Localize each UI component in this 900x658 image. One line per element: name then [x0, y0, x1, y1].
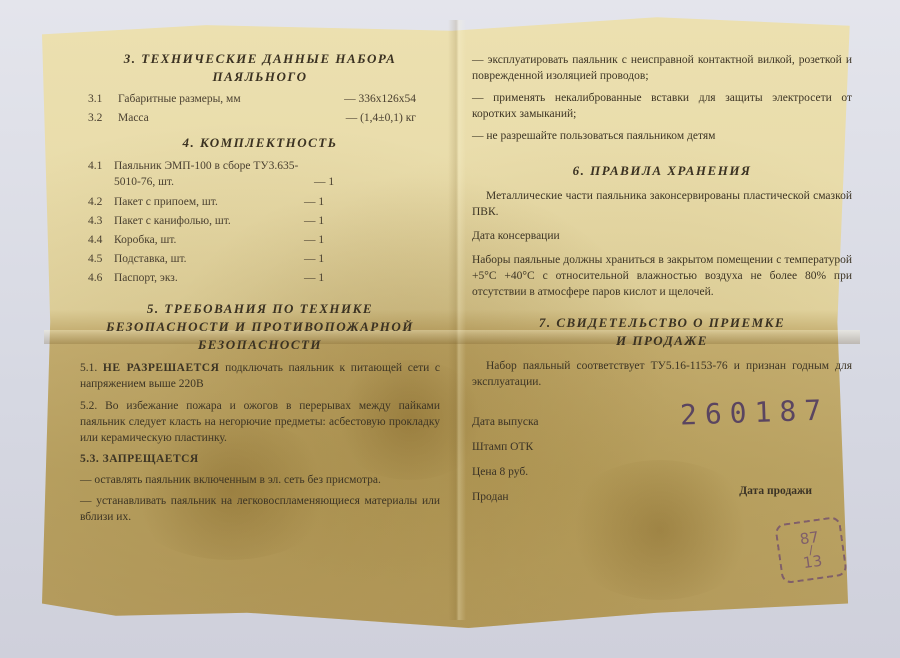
section-4-heading: 4. КОМПЛЕКТНОСТЬ: [80, 134, 440, 152]
kit-item: 4.6 Паспорт, экз. — 1: [80, 269, 440, 288]
spec-label: Габаритные размеры, мм: [118, 90, 344, 109]
kit-num: 4.5: [80, 250, 114, 269]
sale-date-stamp: 87 / 13: [774, 516, 848, 585]
conservation-date-label: Дата консервации: [472, 228, 852, 244]
kit-num: 4.6: [80, 269, 114, 288]
kit-label: Коробка, шт.: [114, 231, 304, 250]
section-storage: 6. ПРАВИЛА ХРАНЕНИЯ Металлические части …: [472, 162, 852, 300]
kit-qty: — 1: [304, 250, 344, 269]
spec-value: — (1,4±0,1) кг: [346, 109, 440, 128]
clause-num: 5.1.: [80, 362, 97, 374]
kit-num: 4.3: [80, 212, 114, 231]
storage-paragraph: Металлические части паяльника законсерви…: [472, 188, 852, 220]
kit-item: 4.3 Пакет с канифолью, шт. — 1: [80, 212, 440, 231]
vertical-fold: [448, 20, 466, 620]
section-5-heading: 5. ТРЕБОВАНИЯ ПО ТЕХНИКЕ: [80, 300, 440, 318]
kit-label: Паспорт, экз.: [114, 269, 304, 288]
kit-qty: — 1: [314, 174, 354, 190]
section-5-heading-cont: БЕЗОПАСНОСТИ И ПРОТИВОПОЖАРНОЙ: [80, 318, 440, 336]
left-column: 3. ТЕХНИЧЕСКИЕ ДАННЫЕ НАБОРА ПАЯЛЬНОГО 3…: [80, 50, 440, 525]
kit-qty: — 1: [304, 269, 344, 288]
otk-stamp-field: Штамп ОТК: [472, 435, 852, 460]
kit-qty: — 1: [304, 212, 344, 231]
kit-label: Паяльник ЭМП-100 в сборе ТУ3.635-5010-76…: [114, 158, 314, 190]
spec-row-mass: 3.2 Масса — (1,4±0,1) кг: [80, 109, 440, 128]
section-kit-contents: 4. КОМПЛЕКТНОСТЬ 4.1 Паяльник ЭМП-100 в …: [80, 134, 440, 288]
kit-label: Пакет с припоем, шт.: [114, 193, 304, 212]
sold-label: Продан: [472, 485, 509, 510]
kit-item: 4.1 Паяльник ЭМП-100 в сборе ТУ3.635-501…: [80, 158, 440, 190]
safety-clause-5-2: 5.2. Во избежание пожара и ожогов в пере…: [80, 398, 440, 446]
prohibition-item: — не разрешайте пользоваться паяльником …: [472, 128, 852, 144]
section-3-heading: 3. ТЕХНИЧЕСКИЕ ДАННЫЕ НАБОРА: [80, 50, 440, 68]
kit-item: 4.2 Пакет с припоем, шт. — 1: [80, 193, 440, 212]
prohibition-item: — эксплуатировать паяльник с неисправной…: [472, 52, 852, 84]
kit-num: 4.2: [80, 193, 114, 212]
prohibition-item: — устанавливать паяльник на легковосплам…: [80, 493, 440, 525]
kit-label: Пакет с канифолью, шт.: [114, 212, 304, 231]
kit-label: Подставка, шт.: [114, 250, 304, 269]
storage-conditions: Наборы паяльные должны храниться в закры…: [472, 252, 852, 300]
safety-clause-5-3-heading: 5.3. ЗАПРЕЩАЕТСЯ: [80, 451, 440, 467]
prohibition-item: — применять некалиброванные вставки для …: [472, 90, 852, 122]
section-technical-data: 3. ТЕХНИЧЕСКИЕ ДАННЫЕ НАБОРА ПАЯЛЬНОГО 3…: [80, 50, 440, 128]
section-7-heading-cont: И ПРОДАЖЕ: [472, 332, 852, 350]
section-6-heading: 6. ПРАВИЛА ХРАНЕНИЯ: [472, 162, 852, 180]
serial-number-stamp: 260187: [679, 393, 829, 431]
section-7-heading: 7. СВИДЕТЕЛЬСТВО О ПРИЕМКЕ: [472, 314, 852, 332]
kit-item: 4.5 Подставка, шт. — 1: [80, 250, 440, 269]
sold-field: Продан Дата продажи: [472, 485, 852, 510]
safety-clause-5-1: 5.1. НЕ РАЗРЕШАЕТСЯ подключать паяльник …: [80, 360, 440, 392]
kit-num: 4.4: [80, 231, 114, 250]
section-5-heading-cont: БЕЗОПАСНОСТИ: [80, 336, 440, 354]
spec-num: 3.2: [80, 109, 118, 128]
prohibition-item: — оставлять паяльник включенным в эл. се…: [80, 472, 440, 488]
clause-emphasis: НЕ РАЗРЕШАЕТСЯ: [103, 362, 220, 374]
kit-item: 4.4 Коробка, шт. — 1: [80, 231, 440, 250]
section-safety: 5. ТРЕБОВАНИЯ ПО ТЕХНИКЕ БЕЗОПАСНОСТИ И …: [80, 300, 440, 525]
spec-num: 3.1: [80, 90, 118, 109]
sale-date-label: Дата продажи: [739, 479, 812, 510]
section-safety-continued: — эксплуатировать паяльник с неисправной…: [472, 52, 852, 144]
section-3-heading-cont: ПАЯЛЬНОГО: [80, 68, 440, 86]
kit-qty: — 1: [304, 231, 344, 250]
spec-row-dimensions: 3.1 Габаритные размеры, мм — 336х126х54: [80, 90, 440, 109]
kit-qty: — 1: [304, 193, 344, 212]
acceptance-statement: Набор паяльный соответствует ТУ5.16-1153…: [472, 358, 852, 390]
stamp-day: 13: [802, 553, 823, 572]
spec-value: — 336х126х54: [344, 90, 440, 109]
right-column: — эксплуатировать паяльник с неисправной…: [472, 52, 852, 510]
kit-num: 4.1: [80, 158, 114, 190]
spec-label: Масса: [118, 109, 346, 128]
